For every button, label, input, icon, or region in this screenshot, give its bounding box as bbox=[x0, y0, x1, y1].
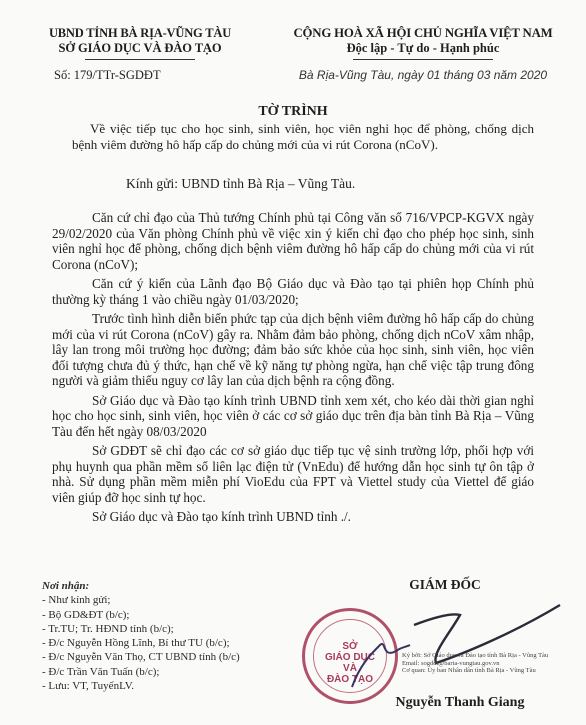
recipient-item: - Đ/c Nguyễn Hồng Lĩnh, Bí thư TU (b/c); bbox=[42, 636, 240, 650]
department-name: SỞ GIÁO DỤC VÀ ĐÀO TẠO bbox=[30, 41, 250, 56]
recipients-heading: Nơi nhận: bbox=[42, 579, 240, 593]
recipient-item: - Đ/c Nguyễn Văn Thọ, CT UBND tỉnh (b/c) bbox=[42, 650, 240, 664]
document-number: Số: 179/TTr-SGDĐT bbox=[54, 68, 161, 83]
recipient-item: - Lưu: VT, TuyếnLV. bbox=[42, 679, 240, 693]
signer-title: GIÁM ĐỐC bbox=[380, 577, 510, 593]
country-name: CỘNG HOÀ XÃ HỘI CHỦ NGHĨA VIỆT NAM bbox=[268, 26, 578, 41]
esign-line: Cơ quan: Ủy ban Nhân dân tỉnh Bà Rịa - V… bbox=[402, 667, 582, 675]
body-paragraph: Sở GDĐT sẽ chỉ đạo các cơ sở giáo dục ti… bbox=[52, 443, 534, 505]
recipient-item: - Như kính gửi; bbox=[42, 593, 240, 607]
national-motto: Độc lập - Tự do - Hạnh phúc bbox=[268, 41, 578, 56]
divider bbox=[353, 59, 493, 60]
official-document-page: UBND TỈNH BÀ RỊA-VŨNG TÀU SỞ GIÁO DỤC VÀ… bbox=[0, 0, 586, 725]
document-subject: Về việc tiếp tục cho học sinh, sinh viên… bbox=[72, 121, 534, 153]
body-paragraph: Sở Giáo dục và Đào tạo kính trình UBND t… bbox=[52, 509, 534, 525]
esign-line: Email: sogddt@baria-vungtau.gov.vn bbox=[402, 660, 582, 668]
recipient-item: - Bộ GD&ĐT (b/c); bbox=[42, 608, 240, 622]
recipients-list: Nơi nhận: - Như kính gửi; - Bộ GD&ĐT (b/… bbox=[42, 579, 240, 693]
divider bbox=[85, 59, 195, 60]
issuing-agency-block: UBND TỈNH BÀ RỊA-VŨNG TÀU SỞ GIÁO DỤC VÀ… bbox=[30, 26, 250, 60]
document-date: Bà Rịa-Vũng Tàu, ngày 01 tháng 03 năm 20… bbox=[268, 68, 578, 82]
body-paragraph: Căn cứ ý kiến của Lãnh đạo Bộ Giáo dục v… bbox=[52, 276, 534, 307]
signer-name: Nguyễn Thanh Giang bbox=[360, 695, 560, 711]
document-title: TỜ TRÌNH bbox=[0, 104, 586, 120]
addressee: Kính gửi: UBND tỉnh Bà Rịa – Vũng Tàu. bbox=[126, 176, 355, 192]
esign-line: Ký bởi: Sở Giáo dục và Đào tạo tỉnh Bà R… bbox=[402, 652, 582, 660]
body-paragraph: Sở Giáo dục và Đào tạo kính trình UBND t… bbox=[52, 393, 534, 440]
body-paragraph: Trước tình hình diễn biến phức tạp của d… bbox=[52, 311, 534, 389]
provincial-committee-name: UBND TỈNH BÀ RỊA-VŨNG TÀU bbox=[30, 26, 250, 41]
recipient-item: - Đ/c Trần Văn Tuấn (b/c); bbox=[42, 665, 240, 679]
handwritten-signature-icon bbox=[340, 595, 570, 695]
body-paragraph: Căn cứ chỉ đạo của Thủ tướng Chính phủ t… bbox=[52, 210, 534, 272]
digital-signature-info: Ký bởi: Sở Giáo dục và Đào tạo tỉnh Bà R… bbox=[402, 652, 582, 675]
recipient-item: - Tr.TU; Tr. HĐND tỉnh (b/c); bbox=[42, 622, 240, 636]
national-motto-block: CỘNG HOÀ XÃ HỘI CHỦ NGHĨA VIỆT NAM Độc l… bbox=[268, 26, 578, 60]
document-body: Căn cứ chỉ đạo của Thủ tướng Chính phủ t… bbox=[52, 210, 534, 529]
